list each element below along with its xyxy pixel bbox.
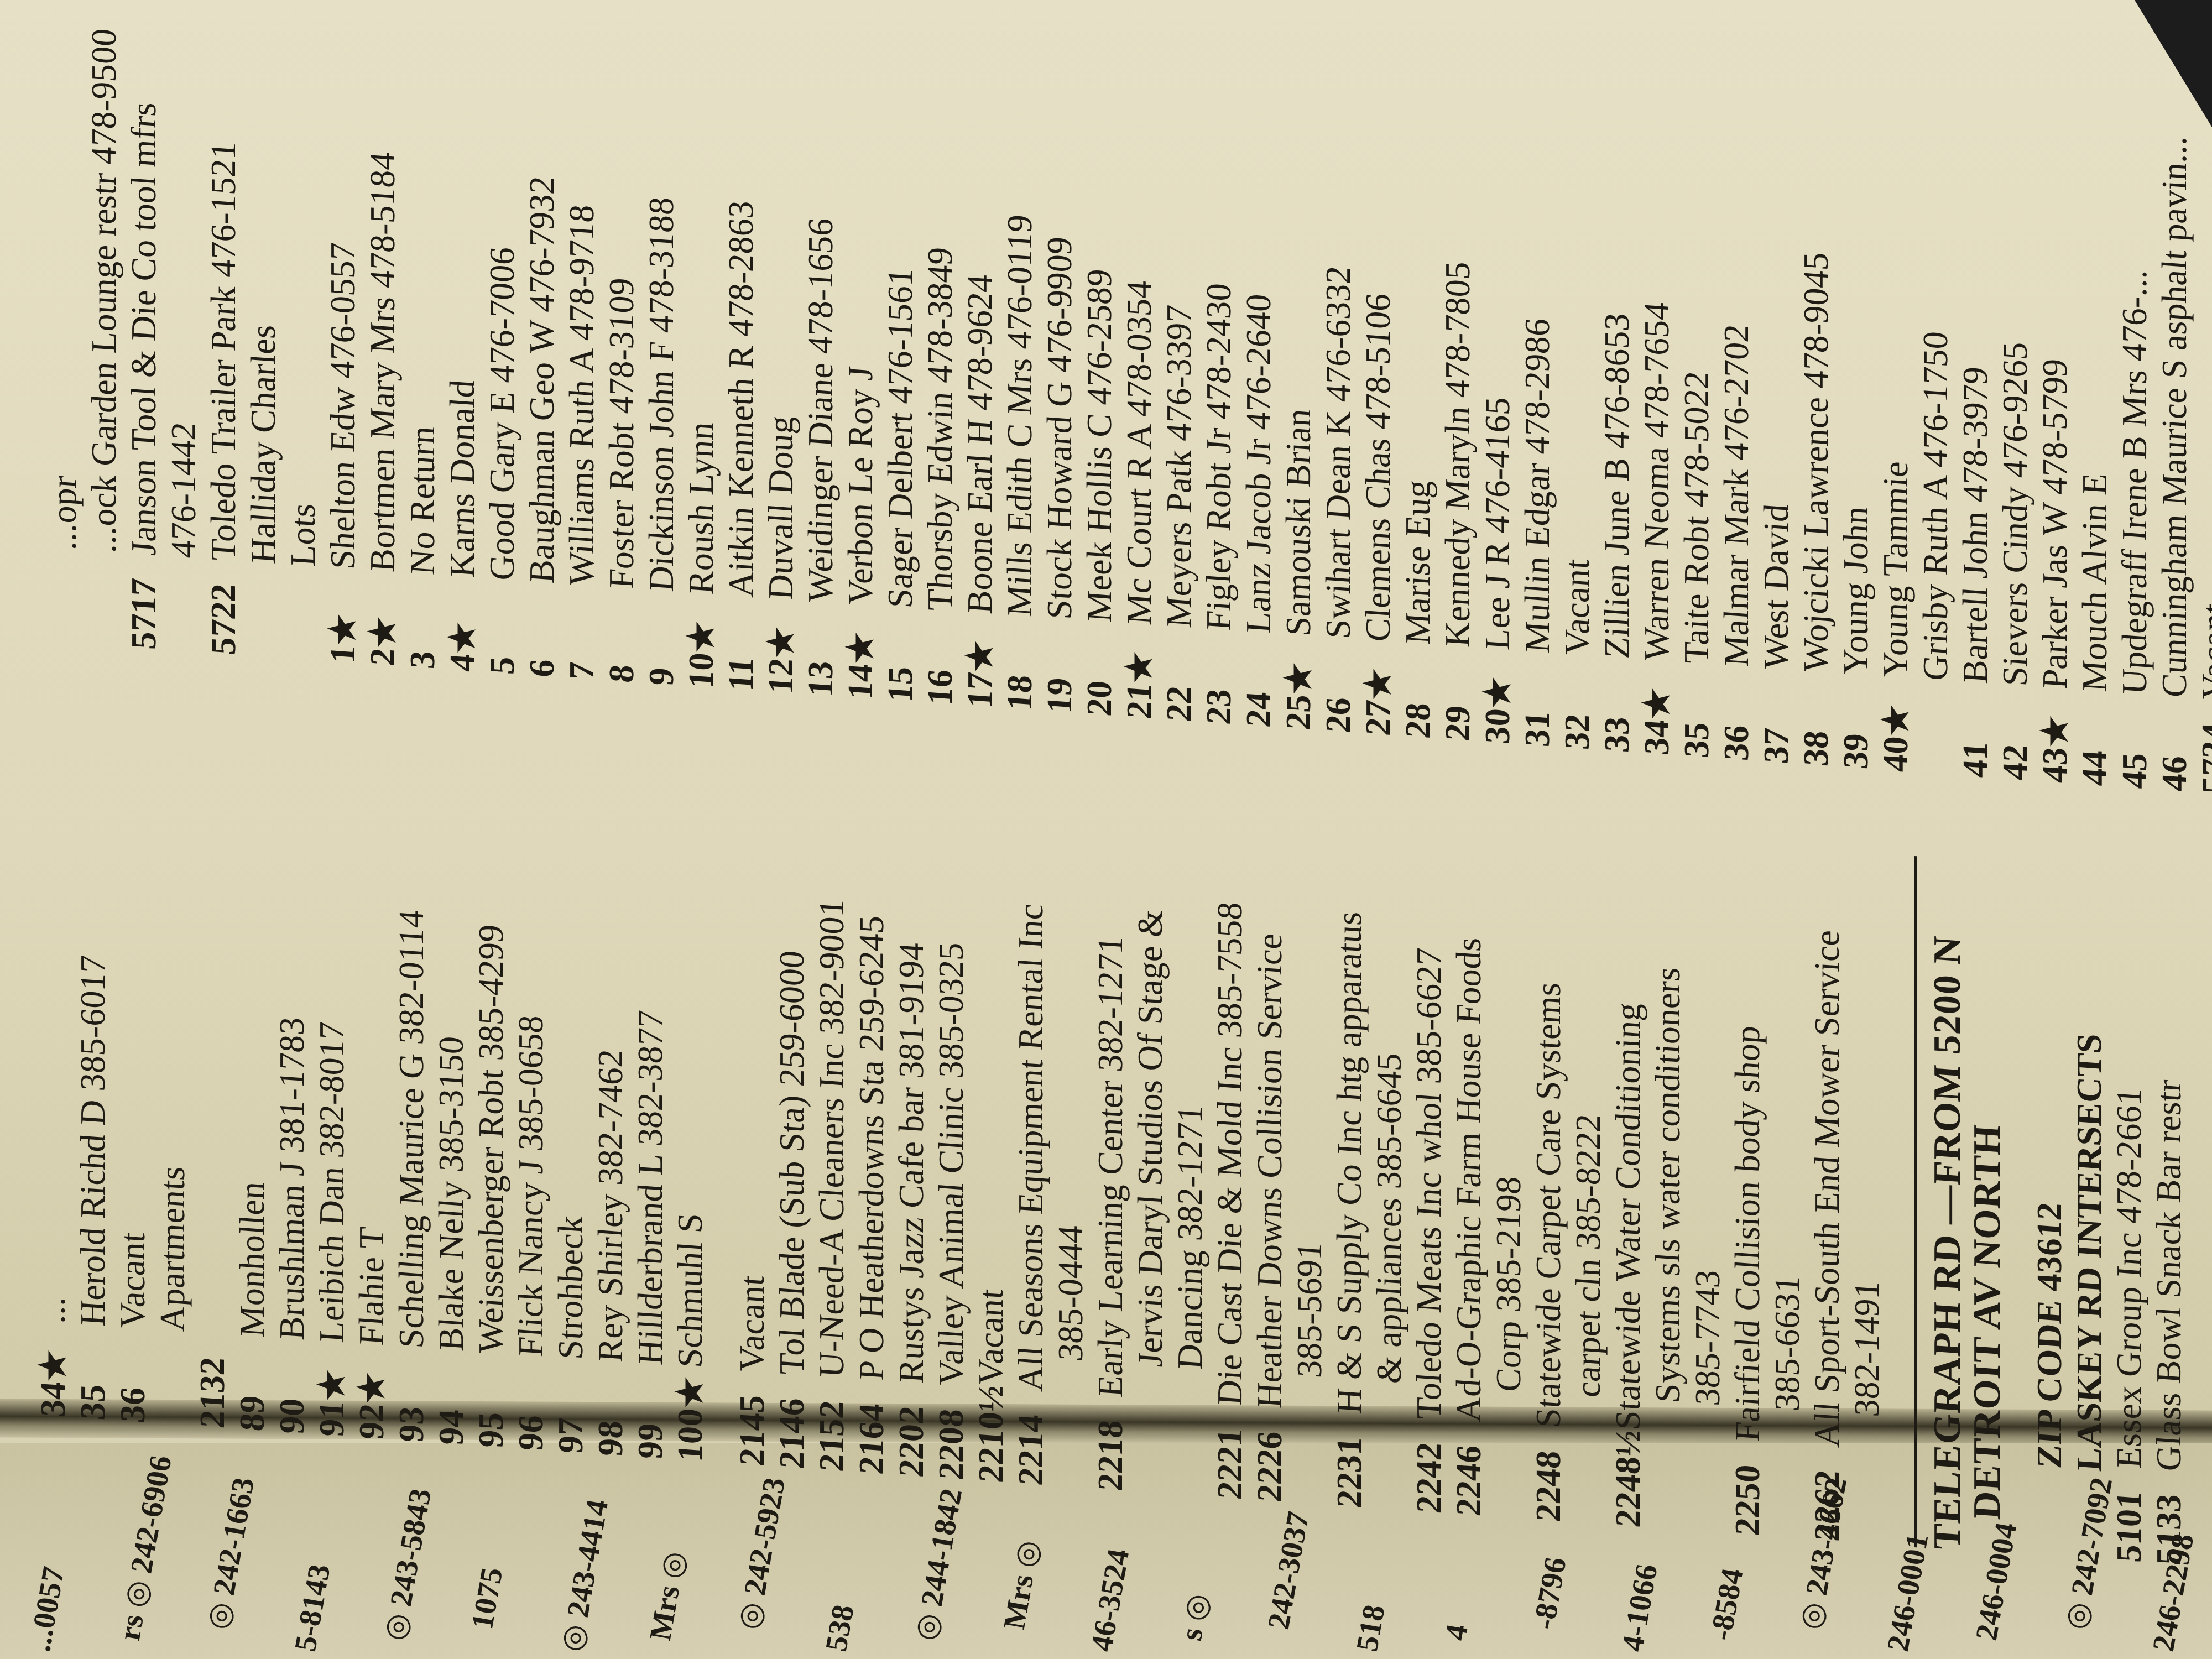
entry-text: Janson Tool & Die Co tool mfrs <box>124 101 164 556</box>
entry-text: Rustys Jazz Cafe bar 381-9194 <box>891 941 931 1384</box>
house-number: 22 <box>1159 626 1199 723</box>
facing-page-fragment: -8796 <box>1526 1554 1574 1632</box>
entry-text: Parker Jas W 478-5799 <box>2035 357 2075 690</box>
house-number: 96 <box>511 1355 551 1452</box>
house-number: 27★ <box>1358 640 1398 737</box>
entry-continuation: 385-7743 <box>1688 812 1728 1534</box>
directory-entry: 2202Rustys Jazz Cafe bar 381-9194 <box>891 757 931 1479</box>
spacer <box>710 744 732 1465</box>
directory-entry: Lots <box>283 0 323 662</box>
house-number: 5722 <box>204 560 243 656</box>
entry-text: Schelling Maurice G 382-0114 <box>392 909 431 1349</box>
directory-entry: 22Meyers Patk 476-3397 <box>1159 1 1199 723</box>
spacer <box>1887 826 1909 1547</box>
entry-text: Bartell John 478-3979 <box>1955 366 1995 685</box>
house-number: 99 <box>630 1364 670 1460</box>
entry-text: Weidinger Diane 478-1656 <box>801 217 841 604</box>
entry-text: Shelton Edw 476-0557 <box>323 241 363 570</box>
entry-text: Kennedy Maryln 478-7805 <box>1438 260 1478 649</box>
directory-entry: 99Hillderbrand L 382-3877 <box>630 739 670 1460</box>
entry-text: Warren Neoma 478-7654 <box>1637 301 1677 662</box>
house-number <box>1916 679 1955 776</box>
facing-page-fragment: ◎ 242-5923 <box>730 1475 792 1632</box>
house-number: 45 <box>2115 693 2154 790</box>
directory-entry: 4★Karns Donald <box>442 0 482 673</box>
directory-entry: 6Baughman Geo W 476-7932 <box>522 0 562 679</box>
entry-text: 476-1442 <box>164 421 204 559</box>
directory-entry: 21★Mc Court R A 478-0354 <box>1119 0 1159 720</box>
house-number: 2★ <box>363 571 403 667</box>
house-number: 4★ <box>442 576 482 673</box>
facing-page-fragment: ◎ 243-4414 <box>553 1497 615 1655</box>
entry-text: Vacant <box>971 1287 1011 1386</box>
entry-text: Mills Edith C Mrs 476-0119 <box>1000 213 1040 618</box>
directory-entry: 46Cunningham Maurice S asphalt pavin... <box>2154 71 2194 792</box>
entry-text: Meek Hollis C 476-2589 <box>1079 268 1119 623</box>
entry-text: Toledo Trailer Park 476-1521 <box>204 140 243 562</box>
entry-text: Updegraff Irene B Mrs 476-... <box>2115 268 2154 696</box>
facing-page-fragment: 1075 <box>465 1565 510 1632</box>
house-number: 9 <box>641 590 681 687</box>
directory-entry: 14★Verbon Le Roy J <box>841 0 880 701</box>
house-number: 44 <box>2075 690 2115 787</box>
directory-entry: 2145Vacant <box>732 745 772 1467</box>
directory-entry: 7Williams Ruth A 478-9718 <box>562 0 602 681</box>
entry-text: Young Tammie <box>1876 460 1916 679</box>
house-number: 94 <box>431 1349 471 1446</box>
directory-entry: 38Wojcicki Lawrence 478-9045 <box>1796 46 1836 768</box>
directory-entry: 2210½Vacant <box>971 763 1011 1484</box>
directory-entry: 2231H & S Supply Co Inc htg apparatus <box>1329 787 1369 1509</box>
entry-text: Karns Donald <box>442 378 482 578</box>
house-number: 2145 <box>732 1370 772 1467</box>
house-number: 18 <box>1000 615 1040 712</box>
entry-text: Williams Ruth A 478-9718 <box>562 204 602 587</box>
entry-text: Malmar Mark 476-2702 <box>1717 323 1756 668</box>
entry-continuation: 385-5691 <box>1290 785 1329 1506</box>
entry-text: Strohbeck <box>551 1214 591 1361</box>
entry-text: P O Heatherdowns Sta 259-6245 <box>852 914 891 1381</box>
entry-text: Duvall Doug <box>761 415 801 601</box>
entry-text: Wojcicki Lawrence 478-9045 <box>1796 251 1836 674</box>
entry-continuation: 382-1491 <box>1847 823 1887 1545</box>
entry-text: U-Need-A Cleaners Inc 382-9001 <box>812 898 852 1379</box>
house-number: 5717 <box>124 554 164 650</box>
entry-text: Mc Court R A 478-0354 <box>1119 279 1159 626</box>
directory-entry: 90Brushlman J 381-1783 <box>272 713 312 1435</box>
entry-continuation: Systems sls water conditioners <box>1648 810 1688 1531</box>
directory-entry: 12★Duvall Doug <box>761 0 801 695</box>
entry-text: Roush Lynn <box>681 421 721 596</box>
house-number: 100★ <box>670 1366 710 1463</box>
directory-entry: 33Zillien June B 476-8653 <box>1597 32 1637 754</box>
directory-entry: 2214All Seasons Equipment Rental Inc <box>1011 765 1051 1487</box>
directory-entry: 28Marise Eug <box>1398 18 1438 740</box>
house-number: 41 <box>1955 682 1995 779</box>
entry-text: All Seasons Equipment Rental Inc <box>1011 902 1051 1393</box>
house-number: 38 <box>1796 671 1836 768</box>
directory-entry: 94Blake Nelly 385-3150 <box>431 724 471 1446</box>
directory-entry: 29Kennedy Maryln 478-7805 <box>1438 21 1478 743</box>
entry-text: Herold Richd D 385-6017 <box>73 954 113 1327</box>
directory-entry: 19Stock Howard G 476-9909 <box>1040 0 1079 714</box>
entry-text: Vacant <box>732 1274 772 1373</box>
zip-code: ZIP CODE 43612 <box>2030 836 2069 1558</box>
house-number: 95 <box>471 1352 511 1449</box>
house-number: 3 <box>403 573 442 670</box>
house-number <box>153 1330 192 1427</box>
directory-column-1: 34★...35Herold Richd D 385-601736VacantA… <box>33 697 2189 1567</box>
house-number: 34★ <box>1637 660 1677 757</box>
entry-text: Thorsby Edwin 478-3849 <box>920 246 960 612</box>
entry-text: Zillien June B 476-8653 <box>1597 312 1637 660</box>
entry-continuation: Jervis Daryl Studios Of Stage & <box>1130 774 1170 1495</box>
directory-entry: 36Vacant <box>113 702 153 1424</box>
entry-text: Verbon Le Roy J <box>841 365 880 607</box>
house-number: 15 <box>880 607 920 703</box>
house-number: 13 <box>801 601 841 698</box>
entry-text: Glass Bowl Snack Bar restr <box>2149 1078 2189 1472</box>
facing-page-fragment: 246-0001 <box>1880 1531 1936 1655</box>
directory-entry: 476-1442 <box>164 0 204 654</box>
entry-text: ...opr <box>44 474 84 551</box>
directory-entry: 2218Early Learning Center 382-1271 <box>1091 771 1130 1493</box>
entry-text: Vacant <box>113 1231 153 1330</box>
entry-text: All Sport-South End Mower Service <box>1807 928 1847 1448</box>
entry-text: Vacant <box>1557 558 1597 657</box>
spacer <box>2007 835 2030 1556</box>
house-number: 17★ <box>960 612 1000 709</box>
directory-entry: 15Sager Delbert 476-1561 <box>880 0 920 703</box>
directory-entry: 1★Shelton Edw 476-0557 <box>323 0 363 665</box>
entry-text: Rey Shirley 382-7462 <box>591 1048 630 1363</box>
entry-text: Cunningham Maurice S asphalt pavin... <box>2154 134 2194 698</box>
entry-text: Die Cast Die & Mold Inc 385-7558 <box>1210 901 1250 1407</box>
house-number: 98 <box>591 1360 630 1457</box>
house-number: 35 <box>1677 662 1717 759</box>
directory-entry: 30★Lee J R 476-4165 <box>1478 24 1517 745</box>
directory-entry: 23Figley Robt Jr 478-2430 <box>1199 4 1239 726</box>
directory-column-2: ...opr...ock Garden Lounge restr 478-950… <box>44 0 2212 808</box>
entry-text: Blake Nelly 385-3150 <box>431 1035 471 1353</box>
house-number: 26 <box>1318 638 1358 734</box>
directory-entry: 89Monhollen <box>232 711 272 1432</box>
section-rule <box>1914 856 1917 1547</box>
facing-page-fragment: -8584 <box>1703 1566 1751 1643</box>
entry-text: Vacant <box>2194 602 2212 701</box>
entry-text: Samouski Brian <box>1279 408 1318 638</box>
house-number: 28 <box>1398 643 1438 740</box>
facing-page-fragment: ...0057 <box>22 1564 72 1654</box>
entry-text: Taite Robt 478-5022 <box>1677 370 1717 665</box>
house-number: 21★ <box>1119 623 1159 720</box>
entry-text: Statewide Water Conditioning <box>1608 1001 1648 1431</box>
house-number: 93 <box>392 1347 431 1443</box>
facing-page-fragment: ◎ 243-5843 <box>376 1486 439 1644</box>
house-number: 12★ <box>761 598 801 695</box>
house-number: 34★ <box>33 1322 73 1418</box>
directory-entry: 2146Tol Blade (Sub Sta) 259-6000 <box>772 748 812 1470</box>
house-number: 33 <box>1597 657 1637 754</box>
house-number: 2132 <box>192 1333 232 1430</box>
house-number: 10★ <box>681 593 721 690</box>
facing-page-fragment: 518 <box>1349 1602 1392 1654</box>
entry-text: ... <box>33 1295 73 1324</box>
facing-page-fragment: 4 <box>1438 1621 1475 1643</box>
entry-text: Lee J R 476-4165 <box>1478 396 1517 651</box>
entry-continuation: Corp 385-2198 <box>1489 799 1528 1520</box>
directory-entry: 98Rey Shirley 382-7462 <box>591 735 630 1457</box>
directory-entry: 2250Fairfield Collision body shop <box>1728 815 1767 1537</box>
entry-text: Foster Robt 478-3109 <box>602 276 641 590</box>
house-number: 25★ <box>1279 634 1318 731</box>
directory-entry: 45Updegraff Irene B Mrs 476-... <box>2115 68 2154 790</box>
entry-text: ...ock Garden Lounge restr 478-9500 <box>84 27 124 554</box>
house-number: 23 <box>1199 629 1239 726</box>
facing-page-fragment: rs ◎ 242-6906 <box>111 1453 179 1643</box>
directory-entry: ...opr <box>44 0 84 645</box>
directory-entry: 100★Schmuhl S <box>670 742 710 1463</box>
house-number: 5734 <box>2194 698 2212 795</box>
entry-text: Meyers Patk 476-3397 <box>1159 304 1199 629</box>
directory-entry: 93Schelling Maurice G 382-0114 <box>392 722 431 1443</box>
entry-continuation: 385-6631 <box>1767 818 1807 1540</box>
directory-entry: 44Mouch Alvin E <box>2075 65 2115 787</box>
entry-continuation: 385-0444 <box>1051 768 1091 1490</box>
entry-text: Monhollen <box>232 1180 272 1338</box>
directory-entry: 31Mullin Edgar 478-2986 <box>1517 27 1557 748</box>
directory-entry: 2246Ad-O-Graphic Farm House Foods <box>1449 796 1489 1517</box>
directory-entry: 5101Essex Group Inc 478-2661 <box>2109 842 2149 1564</box>
house-number: 5 <box>482 579 522 676</box>
directory-entry: 91★Leibich Dan 382-8017 <box>312 716 352 1438</box>
entry-continuation: Dancing 382-1271 <box>1170 776 1210 1498</box>
entry-text: Tol Blade (Sub Sta) 259-6000 <box>772 949 812 1376</box>
facing-page-fragment: ◎ 242-7092 <box>2057 1475 2120 1632</box>
facing-page-fragment: 246-2298 <box>2146 1531 2201 1655</box>
facing-page-fragment: 242-3037 <box>1261 1509 1316 1632</box>
directory-entry: 2★Bortmen Mary Mrs 478-5184 <box>363 0 403 667</box>
facing-page-fragment: Mrs ◎ <box>641 1548 693 1643</box>
directory-entry: 3No Return <box>403 0 442 670</box>
facing-page-fragment: 246-0004 <box>1969 1520 2024 1644</box>
house-number <box>84 551 124 648</box>
entry-text: Lanz Jacob Jr 476-2640 <box>1239 293 1279 634</box>
house-number: 39 <box>1836 674 1876 770</box>
directory-entry: 2221Die Cast Die & Mold Inc 385-7558 <box>1210 779 1250 1501</box>
entry-text: Halliday Charles <box>243 324 283 565</box>
house-number: 8 <box>602 587 641 684</box>
facing-page-fragment: Mrs ◎ <box>995 1537 1047 1632</box>
directory-entry: 11Aitkin Kenneth R 478-2863 <box>721 0 761 692</box>
entry-text: Good Gary E 476-7006 <box>482 246 522 582</box>
directory-entry: 5722Toledo Trailer Park 476-1521 <box>204 0 243 656</box>
section-header-line2: DETROIT AV NORTH <box>1968 832 2007 1554</box>
entry-text: Young John <box>1836 505 1876 676</box>
directory-entry: 2152U-Need-A Cleaners Inc 382-9001 <box>812 751 852 1473</box>
directory-entry: 35Taite Robt 478-5022 <box>1677 38 1717 759</box>
entry-text: Dickinson John F 478-3188 <box>641 196 681 593</box>
entry-text: Stock Howard G 476-9909 <box>1040 236 1079 621</box>
directory-entry: 5133Glass Bowl Snack Bar restr <box>2149 845 2189 1567</box>
directory-entry: 24Lanz Jacob Jr 476-2640 <box>1239 7 1279 728</box>
house-number: 2152 <box>812 1376 852 1473</box>
directory-entry: 10★Roush Lynn <box>681 0 721 690</box>
house-number: 31 <box>1517 651 1557 748</box>
directory-entry: 43★Parker Jas W 478-5799 <box>2035 62 2075 784</box>
directory-entry: 13Weidinger Diane 478-1656 <box>801 0 841 698</box>
directory-entry: 39Young John <box>1836 49 1876 770</box>
house-number: 40★ <box>1876 676 1916 773</box>
directory-entry: 20Meek Hollis C 476-2589 <box>1079 0 1119 717</box>
entry-text: Heather Downs Collision Service <box>1250 932 1290 1410</box>
house-number: 20 <box>1079 620 1119 717</box>
directory-entry: 92★Flahie T <box>352 719 392 1441</box>
entry-text: Mouch Alvin E <box>2075 472 2115 693</box>
directory-entry: 2164P O Heatherdowns Sta 259-6245 <box>852 754 891 1475</box>
entry-text: Bortmen Mary Mrs 478-5184 <box>363 151 403 573</box>
directory-entry: 36Malmar Mark 476-2702 <box>1717 40 1756 762</box>
directory-entry: 26Swihart Dean K 476-6332 <box>1318 13 1358 734</box>
house-number: 89 <box>232 1335 272 1432</box>
directory-entry: 2208Valley Animal Clinic 385-0325 <box>931 760 971 1481</box>
facing-page-fragment: 538 <box>818 1602 862 1654</box>
entry-text: Baughman Geo W 476-7932 <box>522 175 562 585</box>
entry-text: No Return <box>403 425 442 576</box>
house-number: 91★ <box>312 1341 352 1438</box>
directory-entry: 35Herold Richd D 385-6017 <box>73 700 113 1421</box>
house-number: 35 <box>73 1324 113 1421</box>
entry-text: Lots <box>283 502 323 568</box>
entry-continuation: carpet cln 385-8222 <box>1568 804 1608 1526</box>
section-header: TELEGRAPH RD —FROM 5200 N <box>1928 830 1968 1551</box>
house-number: 32 <box>1557 654 1597 751</box>
house-number: 7 <box>562 585 602 681</box>
facing-page-fragment: s ◎ <box>1172 1591 1217 1644</box>
house-number: 19 <box>1040 618 1079 714</box>
entry-text: Brushlman J 381-1783 <box>272 1016 312 1341</box>
entry-text: Weissenberger Robt 385-4299 <box>471 924 511 1355</box>
house-number: 92★ <box>352 1344 392 1441</box>
house-number: 36 <box>113 1327 153 1424</box>
entry-text: Fairfield Collision body shop <box>1728 1024 1767 1443</box>
house-number: 2146 <box>772 1373 812 1470</box>
directory-entry: 25★Samouski Brian <box>1279 9 1318 731</box>
directory-entry: 42Sievers Cindy 476-9265 <box>1995 60 2035 781</box>
entry-text: Marise Eug <box>1398 479 1438 646</box>
entry-text: Valley Animal Clinic 385-0325 <box>931 941 971 1387</box>
entry-text: Grisby Ruth A 476-1750 <box>1916 330 1955 682</box>
directory-entry: 2248Statewide Carpet Care Systems <box>1528 801 1568 1523</box>
directory-entry: Apartments <box>153 705 192 1427</box>
facing-page-fragment: ◎ 243-4662 <box>1792 1475 1854 1632</box>
entry-text: Statewide Carpet Care Systems <box>1528 981 1568 1429</box>
entry-text: Clemens Chas 478-5106 <box>1358 292 1398 643</box>
directory-entry: 2132 <box>192 708 232 1430</box>
directory-entry: 32Vacant <box>1557 29 1597 751</box>
directory-page-content: 34★...35Herold Richd D 385-601736VacantA… <box>33 0 2190 1567</box>
directory-entry: 2242Toledo Meats Inc whol 385-6627 <box>1409 793 1449 1515</box>
directory-entry: 34★Warren Neoma 478-7654 <box>1637 35 1677 757</box>
entry-text: Schmuhl S <box>670 1212 710 1369</box>
entry-text: H & S Supply Co Inc htg apparatus <box>1329 910 1369 1415</box>
facing-page-fragment: 4-1066 <box>1615 1562 1665 1654</box>
directory-entry: Halliday Charles <box>243 0 283 659</box>
entry-text: Hillderbrand L 382-3877 <box>630 1009 670 1366</box>
house-number: 36 <box>1717 665 1756 762</box>
directory-entry: 96Flick Nancy J 385-0658 <box>511 730 551 1452</box>
entry-text: Flahie T <box>352 1225 392 1347</box>
entry-text: Aitkin Kenneth R 478-2863 <box>721 200 761 598</box>
directory-entry: 2248½Statewide Water Conditioning <box>1608 807 1648 1528</box>
directory-entry: 2226Heather Downs Collision Service <box>1250 782 1290 1504</box>
house-number: 1★ <box>323 568 363 665</box>
entry-text: Early Learning Center 382-1271 <box>1091 935 1130 1399</box>
directory-entry: 17★Boone Earl H 478-9624 <box>960 0 1000 709</box>
entry-text: Mullin Edgar 478-2986 <box>1517 317 1557 654</box>
house-number: 46 <box>2154 696 2194 792</box>
facing-page-fragment: 46-3524 <box>1084 1546 1136 1654</box>
directory-entry: 37West David <box>1756 43 1796 765</box>
house-number: 30★ <box>1478 649 1517 745</box>
entry-text: West David <box>1756 503 1796 671</box>
directory-entry: 2262All Sport-South End Mower Service <box>1807 821 1847 1542</box>
entry-text: Flick Nancy J 385-0658 <box>511 1014 551 1358</box>
directory-entry: 5Good Gary E 476-7006 <box>482 0 522 676</box>
directory-entry: 9Dickinson John F 478-3188 <box>641 0 681 687</box>
entry-continuation: & appliances 385-6645 <box>1369 790 1409 1512</box>
entry-text: Essex Group Inc 478-2661 <box>2109 1087 2149 1470</box>
entry-text: Figley Robt Jr 478-2430 <box>1199 282 1239 632</box>
house-number <box>283 565 323 662</box>
directory-entry: 40★Young Tammie <box>1876 51 1916 773</box>
house-number <box>44 548 84 645</box>
house-number: 24 <box>1239 632 1279 728</box>
entry-text: Apartments <box>153 1165 192 1333</box>
house-number: 37 <box>1756 668 1796 765</box>
house-number: 29 <box>1438 646 1478 743</box>
directory-entry: 97Strohbeck <box>551 733 591 1454</box>
entry-text: Sievers Cindy 476-9265 <box>1995 341 2035 687</box>
intersects-label: LASKEY RD INTERSECTS <box>2069 839 2109 1561</box>
entry-text: Swihart Dean K 476-6332 <box>1318 265 1358 640</box>
house-number: 42 <box>1995 685 2035 781</box>
entry-text: Leibich Dan 382-8017 <box>312 1021 352 1344</box>
directory-entry: 34★... <box>33 697 73 1418</box>
house-number: 97 <box>551 1358 591 1454</box>
directory-entry: 95Weissenberger Robt 385-4299 <box>471 727 511 1449</box>
entry-text: Ad-O-Graphic Farm House Foods <box>1449 936 1489 1423</box>
directory-entry: 18Mills Edith C Mrs 476-0119 <box>1000 0 1040 712</box>
directory-entry: Grisby Ruth A 476-1750 <box>1916 54 1955 776</box>
entry-text: Toledo Meats Inc whol 385-6627 <box>1409 947 1449 1421</box>
house-number: 16 <box>920 609 960 706</box>
facing-page-fragment: ◎ 244-1842 <box>907 1486 969 1644</box>
house-number: 43★ <box>2035 687 2075 784</box>
house-number: 6 <box>522 582 562 679</box>
house-number <box>164 557 204 654</box>
house-number <box>243 562 283 659</box>
directory-entry: 5717Janson Tool & Die Co tool mfrs <box>124 0 164 651</box>
facing-page-fragment: 5-8143 <box>288 1562 338 1654</box>
facing-page-fragment: ◎ 242-1663 <box>199 1475 262 1632</box>
entry-text: Boone Earl H 478-9624 <box>960 273 1000 615</box>
house-number: 11 <box>721 596 761 692</box>
directory-entry: 8Foster Robt 478-3109 <box>602 0 641 684</box>
directory-entry: 5734Vacant <box>2194 74 2212 795</box>
directory-entry: 27★Clemens Chas 478-5106 <box>1358 15 1398 737</box>
facing-page-fragments: ...0057rs ◎ 242-6906◎ 242-16635-8143◎ 24… <box>0 1460 2212 1659</box>
